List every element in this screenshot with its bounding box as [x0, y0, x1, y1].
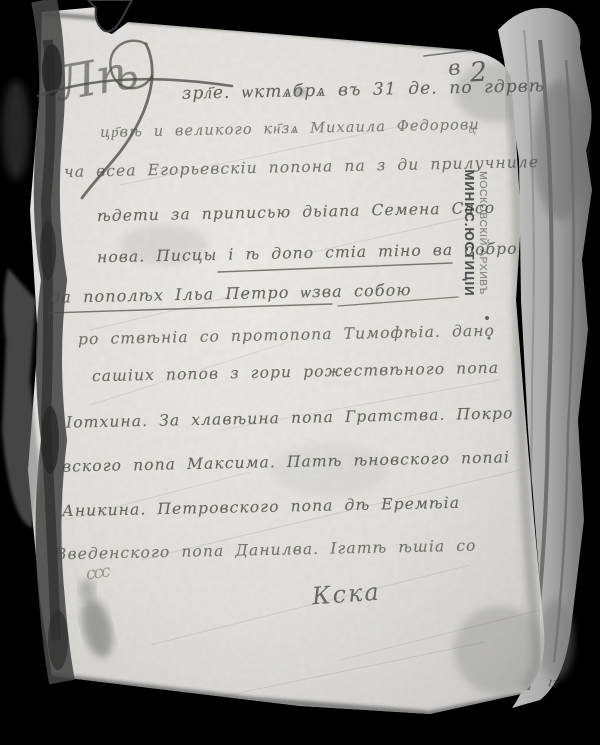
folio-glyph: 2 [469, 57, 488, 89]
archive-stamp-line2: МИНИС.ЮСТИЦІИ [462, 157, 477, 309]
pen-squiggle: ссс [85, 562, 110, 585]
margin-mark: ц [468, 122, 476, 136]
folio-number: в 2 [447, 49, 484, 82]
archive-stamp: МОСКОВСКІЙ АРХИВЪ МИНИС.ЮСТИЦІИ [462, 157, 489, 309]
archive-stamp-line1: МОСКОВСКІЙ АРХИВЪ [477, 157, 489, 309]
closing-mark: Кска [311, 578, 381, 611]
folio-glyph: в [447, 55, 461, 80]
manuscript-photo: Лѣ зрл҃е. ѡктѧбрѧ въ 31 де. по гдрвѣ цр҃… [0, 0, 600, 745]
binding-edge [2, 0, 68, 682]
